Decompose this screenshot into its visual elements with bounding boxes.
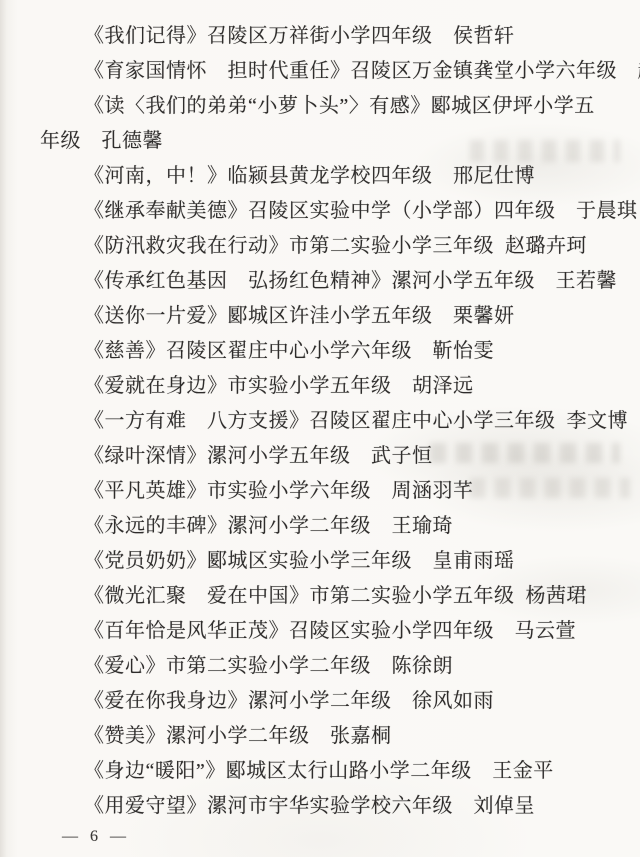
award-entry: 《一方有难 八方支援》召陵区翟庄中心小学三年级 李文博	[40, 404, 630, 439]
award-entry: 《继承奉献美德》召陵区实验中学（小学部）四年级 于晨琪	[40, 194, 630, 229]
award-entry: 《慈善》召陵区翟庄中心小学六年级 靳怡雯	[40, 334, 630, 369]
award-entry: 《百年恰是风华正茂》召陵区实验小学四年级 马云萱	[40, 614, 630, 649]
award-entry: 《送你一片爱》郾城区许洼小学五年级 栗馨妍	[40, 299, 630, 334]
award-entry: 《党员奶奶》郾城区实验小学三年级 皇甫雨瑶	[40, 544, 630, 579]
award-entry: 《爱心》市第二实验小学二年级 陈徐朗	[40, 649, 630, 684]
award-entry: 《微光汇聚 爱在中国》市第二实验小学五年级 杨茜珺	[40, 579, 630, 614]
award-entry: 《身边“暖阳”》郾城区太行山路小学二年级 王金平	[40, 754, 630, 789]
award-entry: 《我们记得》召陵区万祥街小学四年级 侯哲轩	[40, 19, 630, 54]
award-entry: 《永远的丰碑》漯河小学二年级 王瑜琦	[40, 509, 630, 544]
award-entry: 《防汛救灾我在行动》市第二实验小学三年级 赵璐卉珂	[40, 229, 630, 264]
award-entry-list: 《我们记得》召陵区万祥街小学四年级 侯哲轩 《育家国情怀 担时代重任》召陵区万金…	[40, 19, 630, 824]
award-entry: 《育家国情怀 担时代重任》召陵区万金镇龚堂小学六年级 赵雅	[40, 54, 630, 89]
award-entry: 《读〈我们的弟弟“小萝卜头”〉有感》郾城区伊坪小学五	[40, 89, 630, 124]
award-entry: 《爱就在身边》市实验小学五年级 胡泽远	[40, 369, 630, 404]
page-number: — 6 —	[62, 828, 130, 846]
award-entry: 《绿叶深情》漯河小学五年级 武子恒	[40, 439, 630, 474]
award-entry: 《爱在你我身边》漯河小学二年级 徐风如雨	[40, 684, 630, 719]
scanned-document-page: 《我们记得》召陵区万祥街小学四年级 侯哲轩 《育家国情怀 担时代重任》召陵区万金…	[0, 0, 640, 857]
award-entry: 《河南，中！》临颍县黄龙学校四年级 邢尼仕博	[40, 159, 630, 194]
award-entry: 《平凡英雄》市实验小学六年级 周涵羽芊	[40, 474, 630, 509]
award-entry: 《传承红色基因 弘扬红色精神》漯河小学五年级 王若馨	[40, 264, 630, 299]
award-entry: 《赞美》漯河小学二年级 张嘉桐	[40, 719, 630, 754]
award-entry: 《用爱守望》漯河市宇华实验学校六年级 刘倬呈	[40, 789, 630, 824]
award-entry-continuation: 年级 孔德馨	[40, 124, 630, 159]
